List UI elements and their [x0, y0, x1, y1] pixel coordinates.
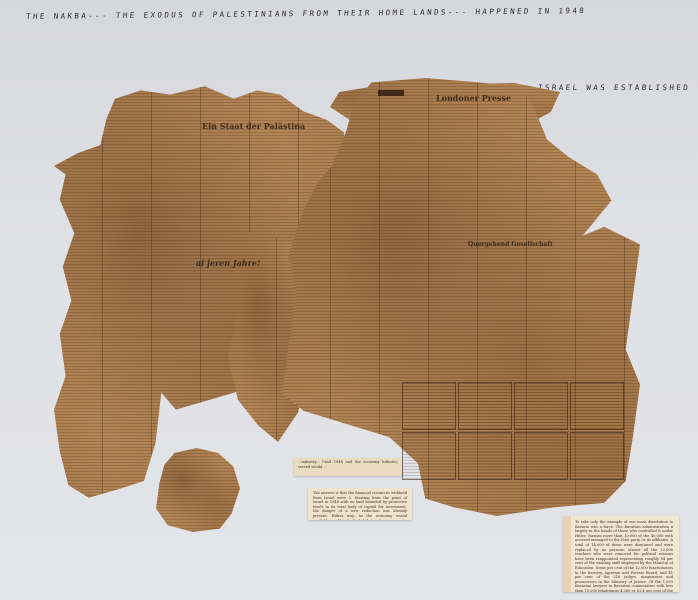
- text-clipping-strip: ...industry... Until 1948 and the econom…: [294, 458, 402, 476]
- ad-box: [570, 382, 624, 430]
- ad-box: [570, 432, 624, 480]
- text-clipping-right: To take only the example of one mass dis…: [563, 516, 679, 592]
- ad-box: [514, 432, 568, 480]
- ad-box: [402, 382, 456, 430]
- text-clipping-middle: The answer is that the financial resourc…: [308, 488, 412, 520]
- newspaper-advertisement-grid: [402, 382, 624, 480]
- ad-box: [458, 382, 512, 430]
- headline-left: Ein Staat der Palästina: [202, 121, 305, 131]
- subhead-left: ai jeren Jahre!: [196, 258, 261, 268]
- ad-box: [402, 432, 456, 480]
- ad-box: [514, 382, 568, 430]
- ad-box: [458, 432, 512, 480]
- subhead-right: Quergehend Gesellschaft: [468, 241, 553, 248]
- newspaper-masthead: Londoner Presse: [436, 93, 511, 103]
- handwritten-caption-israel: ISRAEL WAS ESTABLISHED: [538, 83, 691, 92]
- newspaper-nameplate-block: [378, 90, 404, 96]
